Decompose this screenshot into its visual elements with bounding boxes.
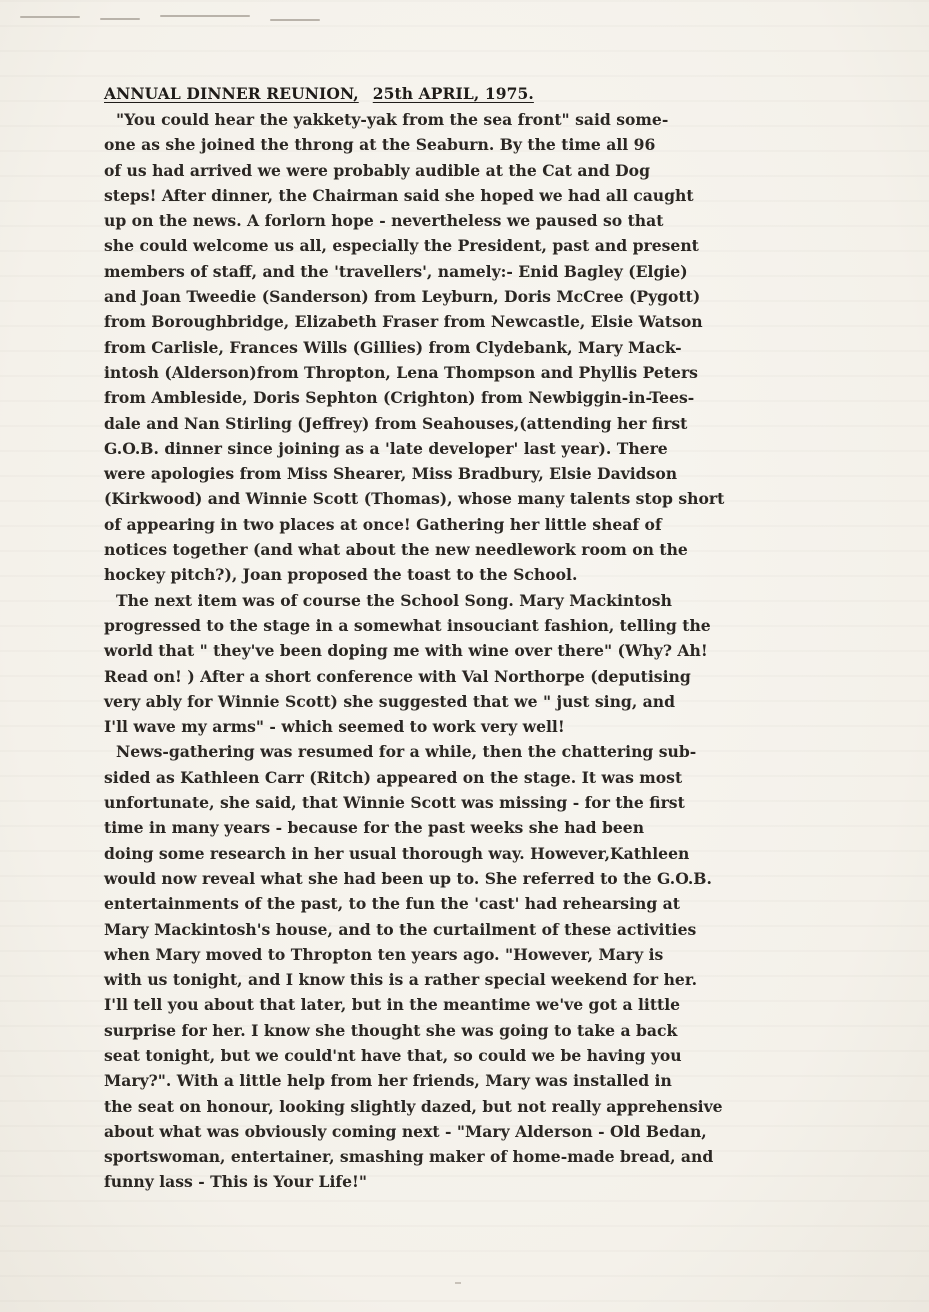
text-line: the seat on honour, looking slightly daz…: [104, 1094, 824, 1119]
text-line: sportswoman, entertainer, smashing maker…: [104, 1144, 824, 1169]
text-line: seat tonight, but we could'nt have that,…: [104, 1043, 824, 1068]
text-line: of appearing in two places at once! Gath…: [104, 512, 824, 537]
text-line: funny lass - This is Your Life!": [104, 1169, 824, 1194]
text-line: up on the news. A forlorn hope - neverth…: [104, 208, 824, 233]
document-page: ANNUAL DINNER REUNION,25th APRIL, 1975. …: [0, 0, 929, 1312]
paragraph-welcome: "You could hear the yakkety-yak from the…: [104, 107, 824, 588]
text-line: I'll tell you about that later, but in t…: [104, 992, 824, 1017]
text-line: surprise for her. I know she thought she…: [104, 1018, 824, 1043]
text-line: Mary Mackintosh's house, and to the curt…: [104, 917, 824, 942]
title-date: 25th APRIL, 1975.: [373, 84, 534, 103]
bottom-mark: [455, 1282, 461, 1284]
text-line: about what was obviously coming next - "…: [104, 1119, 824, 1144]
top-margin-marks: [20, 10, 420, 40]
text-line: dale and Nan Stirling (Jeffrey) from Sea…: [104, 411, 824, 436]
text-line: hockey pitch?), Joan proposed the toast …: [104, 562, 824, 587]
text-line: when Mary moved to Thropton ten years ag…: [104, 942, 824, 967]
text-line: (Kirkwood) and Winnie Scott (Thomas), wh…: [104, 486, 824, 511]
text-line: doing some research in her usual thoroug…: [104, 841, 824, 866]
text-line: G.O.B. dinner since joining as a 'late d…: [104, 436, 824, 461]
text-line: Read on! ) After a short conference with…: [104, 664, 824, 689]
article-title: ANNUAL DINNER REUNION,25th APRIL, 1975.: [104, 84, 824, 103]
text-line: intosh (Alderson)from Thropton, Lena Tho…: [104, 360, 824, 385]
text-line: from Ambleside, Doris Sephton (Crighton)…: [104, 385, 824, 410]
text-line: "You could hear the yakkety-yak from the…: [104, 107, 824, 132]
paragraph-this-is-your-life: News-gathering was resumed for a while, …: [104, 739, 824, 1194]
text-line: sided as Kathleen Carr (Ritch) appeared …: [104, 765, 824, 790]
text-line: from Carlisle, Frances Wills (Gillies) f…: [104, 335, 824, 360]
text-line: one as she joined the throng at the Seab…: [104, 132, 824, 157]
text-line: The next item was of course the School S…: [104, 588, 824, 613]
text-line: progressed to the stage in a somewhat in…: [104, 613, 824, 638]
text-line: world that " they've been doping me with…: [104, 638, 824, 663]
text-line: Mary?". With a little help from her frie…: [104, 1068, 824, 1093]
text-line: News-gathering was resumed for a while, …: [104, 739, 824, 764]
article: ANNUAL DINNER REUNION,25th APRIL, 1975. …: [104, 84, 824, 1195]
text-line: I'll wave my arms" - which seemed to wor…: [104, 714, 824, 739]
text-line: very ably for Winnie Scott) she suggeste…: [104, 689, 824, 714]
text-line: were apologies from Miss Shearer, Miss B…: [104, 461, 824, 486]
title-event: ANNUAL DINNER REUNION,: [104, 84, 359, 103]
text-line: time in many years - because for the pas…: [104, 815, 824, 840]
paragraph-school-song: The next item was of course the School S…: [104, 588, 824, 740]
text-line: steps! After dinner, the Chairman said s…: [104, 183, 824, 208]
text-line: from Boroughbridge, Elizabeth Fraser fro…: [104, 309, 824, 334]
text-line: would now reveal what she had been up to…: [104, 866, 824, 891]
text-line: members of staff, and the 'travellers', …: [104, 259, 824, 284]
text-line: and Joan Tweedie (Sanderson) from Leybur…: [104, 284, 824, 309]
text-line: of us had arrived we were probably audib…: [104, 158, 824, 183]
text-line: notices together (and what about the new…: [104, 537, 824, 562]
text-line: she could welcome us all, especially the…: [104, 233, 824, 258]
text-line: with us tonight, and I know this is a ra…: [104, 967, 824, 992]
text-line: entertainments of the past, to the fun t…: [104, 891, 824, 916]
text-line: unfortunate, she said, that Winnie Scott…: [104, 790, 824, 815]
